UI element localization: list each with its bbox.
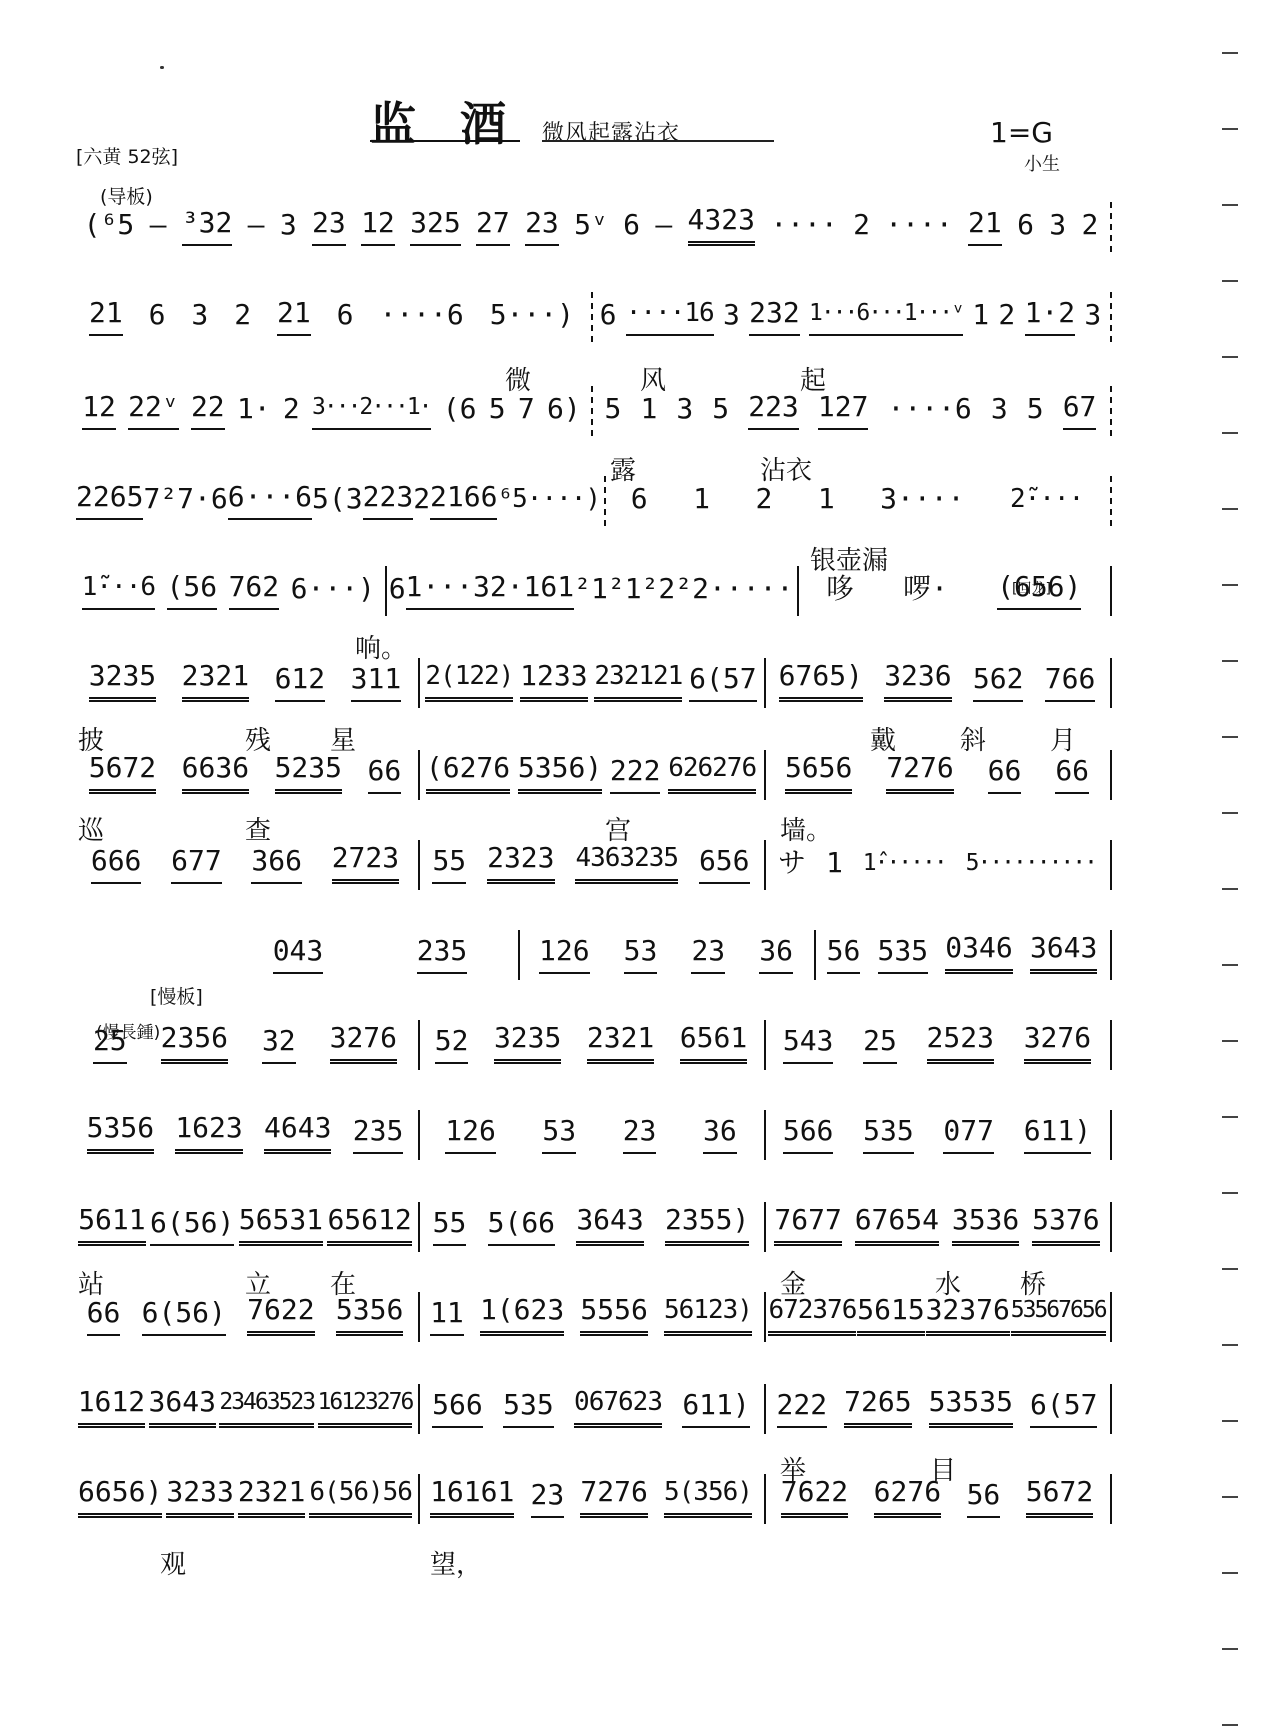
note-group: 25	[863, 1026, 897, 1064]
score-line: 56726636523566(62765356)2226262765656727…	[72, 744, 1112, 794]
score-title: 监 酒	[370, 88, 520, 154]
tempo-label-slow: [慢板]	[150, 982, 203, 1009]
note-group: 235	[353, 1116, 404, 1154]
note-group: 5(66	[488, 1208, 555, 1246]
note-group: 2321	[587, 1023, 654, 1064]
measure: 555(6636432355)	[418, 1200, 764, 1246]
note-group: 077	[943, 1116, 994, 1154]
note-group: 16161	[430, 1477, 514, 1518]
lyric: 望，	[430, 1544, 482, 1581]
note-group: 3235	[494, 1023, 561, 1064]
note-group: 5615	[857, 1295, 924, 1336]
note-group: 5	[605, 394, 622, 430]
note-group: 3···2···1·	[312, 392, 430, 430]
note-group: 3	[676, 394, 693, 430]
score-line: 1̃···6(567626···)61···32·161²1²1²2²2····…	[72, 560, 1112, 610]
note-group: 6	[389, 574, 406, 610]
measure: 111(623555656123)	[418, 1290, 764, 1336]
measure: 21632216····65···)	[72, 290, 591, 336]
note-group: 366	[251, 846, 302, 884]
score-line: 56116(56)5653165612555(6636432355)767767…	[72, 1196, 1112, 1246]
margin-tick	[1222, 812, 1238, 814]
measure: 252356323276	[72, 1018, 418, 1064]
lyric: 观	[160, 1544, 186, 1581]
score-line: 252356323276523235232165615432525233276	[72, 1014, 1112, 1064]
note-group: 3236	[884, 661, 951, 702]
note-group: 5(356)	[664, 1477, 752, 1518]
note-group: 55	[433, 1208, 467, 1246]
note-group: ²7·	[160, 484, 211, 520]
note-group: 3276	[1024, 1023, 1091, 1064]
note-group: 25	[93, 1026, 127, 1064]
note-group: 53567656	[1011, 1295, 1106, 1336]
margin-tick	[1222, 1040, 1238, 1042]
barline-end	[1110, 1384, 1112, 1434]
measure: 32352321612311	[72, 656, 418, 702]
note-group: ····	[885, 210, 952, 246]
note-group: –	[248, 210, 265, 246]
note-group: 5356	[336, 1295, 403, 1336]
note-group: 4323	[688, 205, 755, 246]
note-group: 2321	[182, 661, 249, 702]
margin-tick	[1222, 584, 1238, 586]
note-group: 7	[143, 484, 160, 520]
note-group: 611)	[1024, 1116, 1091, 1154]
note-group: –	[150, 210, 167, 246]
note-group: 21	[430, 482, 464, 520]
barline-end	[1110, 658, 1112, 708]
note-group: 5376	[1032, 1205, 1099, 1246]
margin-tick	[1222, 52, 1238, 54]
note-group: 5	[1027, 394, 1044, 430]
note-group: 5611	[78, 1205, 145, 1246]
measure: 535616234643235	[72, 1108, 418, 1154]
measure: 666(56)76225356	[72, 1290, 418, 1336]
note-group: 762	[229, 572, 280, 610]
note-group: 3	[723, 300, 740, 336]
note-group: 1̃···6	[82, 572, 155, 610]
measure: 043235	[222, 928, 518, 974]
measure: 5653503463643	[814, 928, 1110, 974]
measure: 6666773662723	[72, 838, 418, 884]
note-group: ····	[770, 210, 837, 246]
margin-tick	[1222, 1344, 1238, 1346]
measure: 56116(56)5653165612	[72, 1200, 418, 1246]
note-group: 67	[1063, 392, 1097, 430]
measure: 22657²7·66···65(322322166⁶5····)	[72, 474, 604, 520]
note-group: 2	[853, 210, 870, 246]
note-group: 7265	[844, 1387, 911, 1428]
meter-label: [六黄 52弦]	[76, 142, 178, 169]
note-group: 53	[624, 936, 658, 974]
note-group: 235	[417, 936, 468, 974]
margin-tick	[1222, 204, 1238, 206]
note-group: 672376	[768, 1295, 856, 1336]
note-group: 2	[234, 300, 251, 336]
note-group: 1	[693, 484, 710, 520]
note-group: 535	[863, 1116, 914, 1154]
note-group: 543	[783, 1026, 834, 1064]
note-group: 66	[988, 756, 1022, 794]
note-group: 5656	[785, 753, 852, 794]
measure: 1̃···6(567626···)	[72, 564, 385, 610]
note-group: 2723	[332, 843, 399, 884]
measure: 565672766666	[764, 748, 1110, 794]
note-group: 53	[542, 1116, 576, 1154]
note-group: 22ᵛ	[128, 392, 179, 430]
note-group: 3233	[166, 1477, 233, 1518]
note-group: 啰·	[903, 574, 948, 610]
note-group: 3643	[149, 1387, 216, 1428]
note-group: 6···)	[291, 574, 375, 610]
margin-tick	[1222, 1268, 1238, 1270]
note-group: 1	[818, 484, 835, 520]
note-group: 1·	[237, 394, 271, 430]
note-group: 126	[445, 1116, 496, 1154]
note-group: 1233	[520, 661, 587, 702]
note-group: 0346	[945, 933, 1012, 974]
score-subtitle: 微风起露沾衣	[542, 116, 680, 147]
note-group: 55	[432, 846, 466, 884]
note-group: 52	[435, 1026, 469, 1064]
measure: 6765)3236562766	[764, 656, 1110, 702]
margin-tick	[1222, 1648, 1238, 1650]
note-group: 2·1	[490, 572, 541, 610]
barline-end	[1110, 292, 1112, 342]
note-group: 5356)	[518, 753, 602, 794]
measure: 5432525233276	[764, 1018, 1110, 1064]
note-group: 3····	[880, 484, 964, 520]
note-group: 2356	[161, 1023, 228, 1064]
measure: 161236432346352316123276	[72, 1382, 418, 1428]
margin-tick	[1222, 1420, 1238, 1422]
note-group: 11	[430, 1298, 464, 1336]
note-group: 23	[312, 208, 346, 246]
note-group: 3276	[330, 1023, 397, 1064]
note-group: 6	[600, 300, 617, 336]
barline-end	[1110, 930, 1112, 980]
note-group: 6636	[182, 753, 249, 794]
note-group: 626276	[668, 753, 756, 794]
title-underline	[370, 140, 520, 142]
note-group: 65	[110, 482, 144, 520]
note-group: 611)	[682, 1390, 749, 1428]
note-group: 677	[171, 846, 222, 884]
note-group: 1̂······	[863, 848, 946, 884]
note-group: 232	[749, 298, 800, 336]
note-group: 766	[1045, 664, 1096, 702]
note-group: 6	[1017, 210, 1034, 246]
note-group: 2(122)	[425, 661, 513, 702]
note-group: 3	[1084, 300, 1101, 336]
note-group: 6(56)56	[309, 1477, 412, 1518]
score-line: 1222ᵛ221·23···2···1·(6576)5135223127····…	[72, 380, 1112, 430]
note-group: 6(57	[1030, 1390, 1097, 1428]
measure: 哆啰·(656)	[797, 564, 1110, 610]
note-group: 5672	[89, 753, 156, 794]
note-group: 223	[748, 392, 799, 430]
margin-tick	[1222, 888, 1238, 890]
note-group: 311	[351, 664, 402, 702]
note-group: 6	[149, 300, 166, 336]
measure: 161612372765(356)	[418, 1472, 764, 1518]
measure: 61213····2̃····	[604, 474, 1110, 520]
note-group: 222	[610, 756, 661, 794]
note-group: 5235	[275, 753, 342, 794]
measure: 1222ᵛ221·23···2···1·(6576)	[72, 384, 591, 430]
note-group: 2	[998, 300, 1015, 336]
note-group: ·····	[709, 574, 793, 610]
note-group: 5356	[87, 1113, 154, 1154]
note-group: 27	[476, 208, 510, 246]
score-line: 22657²7·66···65(322322166⁶5····)61213···…	[72, 470, 1112, 520]
note-group: 56531	[239, 1205, 323, 1246]
margin-tick	[1222, 508, 1238, 510]
measure: 2227265535356(57	[764, 1382, 1110, 1428]
score-line: (⁶5–³32–3231232527235ᵛ6–4323····2····216…	[72, 196, 1112, 246]
note-group: 32376	[926, 1295, 1010, 1336]
note-group: 53535	[929, 1387, 1013, 1428]
note-group: 1623	[175, 1113, 242, 1154]
measure: 67237656153237653567656	[764, 1290, 1110, 1336]
note-group: 65612	[327, 1205, 411, 1246]
note-group: 21	[89, 298, 123, 336]
note-group: 656	[699, 846, 750, 884]
barline-end	[1110, 840, 1112, 890]
note-group: 325	[410, 208, 461, 246]
score-line: 66667736627235523234363235656サ11̂······5…	[72, 834, 1112, 884]
note-group: 6(56)	[150, 1208, 234, 1246]
margin-tick	[1222, 432, 1238, 434]
note-group: 6···6	[228, 482, 312, 520]
margin-tick	[1222, 1116, 1238, 1118]
score-line: 161236432346352316123276566535067623611)…	[72, 1378, 1112, 1428]
barline-end	[1110, 1202, 1112, 1252]
note-group: 1·2	[1025, 298, 1076, 336]
note-group: (⁶5	[84, 210, 135, 246]
score-line: 666(56)76225356111(623555656123)67237656…	[72, 1286, 1112, 1336]
score-line: 6656)323323216(56)56161612372765(356)762…	[72, 1468, 1112, 1518]
margin-tick	[1222, 964, 1238, 966]
note-group: 12	[361, 208, 395, 246]
note-group: 1	[826, 848, 843, 884]
note-group: 5672	[1026, 1477, 1093, 1518]
note-group: 21	[277, 298, 311, 336]
note-group: 1(623	[480, 1295, 564, 1336]
barline-end	[1110, 1110, 1112, 1160]
note-group: 66	[1055, 756, 1089, 794]
measure: 76776765435365376	[764, 1200, 1110, 1246]
note-group: 3	[280, 210, 297, 246]
score-line: 0432351265323365653503463643	[222, 924, 1112, 974]
note-group: 5	[489, 394, 506, 430]
note-group: 043	[273, 936, 324, 974]
note-group: 666	[91, 846, 142, 884]
note-group: 哆	[826, 574, 854, 610]
key-signature: 1=G	[990, 116, 1053, 149]
note-group: 12	[82, 392, 116, 430]
note-group: 127	[818, 392, 869, 430]
note-group: 6	[337, 300, 354, 336]
note-group: ²1	[574, 574, 608, 610]
note-group: ²2	[642, 574, 676, 610]
margin-tick	[1222, 356, 1238, 358]
note-group: 23	[531, 1480, 565, 1518]
note-group: 6561	[680, 1023, 747, 1064]
note-group: (6	[443, 394, 477, 430]
note-group: 61	[540, 572, 574, 610]
note-group: 3	[191, 300, 208, 336]
note-group: ³32	[182, 208, 233, 246]
note-group: サ	[778, 848, 806, 884]
measure: 6656)323323216(56)56	[72, 1472, 418, 1518]
measure: 6····1632321···6···1···ᵛ121·23	[591, 290, 1110, 336]
margin-tick	[1222, 736, 1238, 738]
note-group: 612	[275, 664, 326, 702]
barline-end	[1110, 202, 1112, 252]
note-group: 22	[191, 392, 225, 430]
barline-end	[1110, 1474, 1112, 1524]
note-group: 1612	[78, 1387, 145, 1428]
note-group: 7622	[781, 1477, 848, 1518]
note-group: 6	[623, 210, 640, 246]
measure: 56726636523566	[72, 748, 418, 794]
note-group: 5··········	[966, 848, 1096, 884]
note-group: 2	[283, 394, 300, 430]
note-group: 6(56)	[142, 1298, 226, 1336]
barline-end	[1110, 566, 1112, 616]
measure: (⁶5–³32–3231232527235ᵛ6–4323····2····216…	[72, 200, 1110, 246]
measure: サ11̂······5··········	[764, 838, 1110, 884]
measure: 5523234363235656	[418, 838, 764, 884]
margin-tick	[1222, 280, 1238, 282]
note-group: 5···)	[490, 300, 574, 336]
note-group: 3	[1049, 210, 1066, 246]
note-group: 66	[368, 756, 402, 794]
note-group: 3643	[576, 1205, 643, 1246]
note-group: (3	[329, 484, 363, 520]
note-group: 1···6···1···ᵛ	[809, 298, 963, 336]
note-group: 2̃····	[1010, 484, 1083, 520]
note-group: 6)	[547, 394, 581, 430]
note-group: 23	[623, 1116, 657, 1154]
note-group: ····6	[888, 394, 972, 430]
note-group: 5	[312, 484, 329, 520]
note-group: 23463523	[219, 1387, 314, 1428]
note-group: 3	[991, 394, 1008, 430]
measure: 566535077611)	[764, 1108, 1110, 1154]
margin-tick	[1222, 128, 1238, 130]
note-group: (656)	[997, 572, 1081, 610]
note-group: 23	[691, 936, 725, 974]
measure: 76226276565672	[764, 1472, 1110, 1518]
note-group: 562	[973, 664, 1024, 702]
note-group: 2	[1081, 210, 1098, 246]
note-group: ····6	[379, 300, 463, 336]
note-group: 1···3	[406, 572, 490, 610]
note-group: 5556	[580, 1295, 647, 1336]
measure: 5135223127····63567	[591, 384, 1110, 430]
note-group: 566	[432, 1390, 483, 1428]
note-group: ²1	[608, 574, 642, 610]
note-group: (6276	[426, 753, 510, 794]
note-group: 535	[878, 936, 929, 974]
note-group: 16123276	[318, 1387, 413, 1428]
note-group: 4643	[264, 1113, 331, 1154]
note-group: 36	[759, 936, 793, 974]
note-group: 5ᵛ	[574, 210, 608, 246]
note-group: 2	[413, 484, 430, 520]
note-group: 7276	[580, 1477, 647, 1518]
note-group: 7	[518, 394, 535, 430]
note-group: 2	[755, 484, 772, 520]
note-group: 36	[703, 1116, 737, 1154]
note-group: (56	[167, 572, 218, 610]
note-group: 6765)	[779, 661, 863, 702]
barline-end	[1110, 1020, 1112, 1070]
note-group: 3536	[952, 1205, 1019, 1246]
measure: 566535067623611)	[418, 1382, 764, 1428]
note-group: ····16	[626, 298, 714, 336]
measure: 126532336	[518, 928, 814, 974]
note-group: 23	[525, 208, 559, 246]
note-group: 067623	[574, 1387, 662, 1428]
note-group: 535	[503, 1390, 554, 1428]
note-group: 6(57	[689, 664, 756, 702]
note-group: 66	[464, 482, 498, 520]
measure: 2(122)12332321216(57	[418, 656, 764, 702]
note-group: 6	[631, 484, 648, 520]
note-group: 32	[262, 1026, 296, 1064]
note-group: 223	[363, 482, 414, 520]
note-group: 2355)	[665, 1205, 749, 1246]
note-group: 56123)	[664, 1295, 752, 1336]
note-group: 5	[712, 394, 729, 430]
note-group: –	[655, 210, 672, 246]
score-page: 监 酒 微风起露沾衣 1=G 小生 [六黄 52弦] (导板) [慢板] (慢長…	[0, 0, 1272, 1735]
note-group: 2321	[238, 1477, 305, 1518]
note-group: 2523	[927, 1023, 994, 1064]
note-group: 2323	[487, 843, 554, 884]
margin-tick	[1222, 1192, 1238, 1194]
note-group: 7677	[774, 1205, 841, 1246]
barline-end	[1110, 1292, 1112, 1342]
measure: (62765356)222626276	[418, 748, 764, 794]
paper-speck	[160, 66, 164, 69]
note-group: ²2	[675, 574, 709, 610]
note-group: ⁶5····)	[497, 484, 600, 520]
note-group: 22	[76, 482, 110, 520]
barline-end	[1110, 750, 1112, 800]
role-label: 小生	[1024, 150, 1060, 176]
score-line: 535616234643235126532336566535077611)	[72, 1104, 1112, 1154]
margin-tick	[1222, 1724, 1238, 1726]
note-group: 1	[640, 394, 657, 430]
note-group: 21	[968, 208, 1002, 246]
margin-tick	[1222, 1496, 1238, 1498]
note-group: 56	[967, 1480, 1001, 1518]
score-line: 323523216123112(122)12332321216(576765)3…	[72, 652, 1112, 702]
note-group: 6	[211, 484, 228, 520]
barline-end	[1110, 476, 1112, 526]
note-group: 66	[87, 1298, 121, 1336]
measure: 61···32·161²1²1²2²2·····	[385, 564, 798, 610]
measure: 52323523216561	[418, 1018, 764, 1064]
barline-end	[1110, 386, 1112, 436]
note-group: 67654	[855, 1205, 939, 1246]
note-group: 7622	[247, 1295, 314, 1336]
note-group: 6656)	[78, 1477, 162, 1518]
